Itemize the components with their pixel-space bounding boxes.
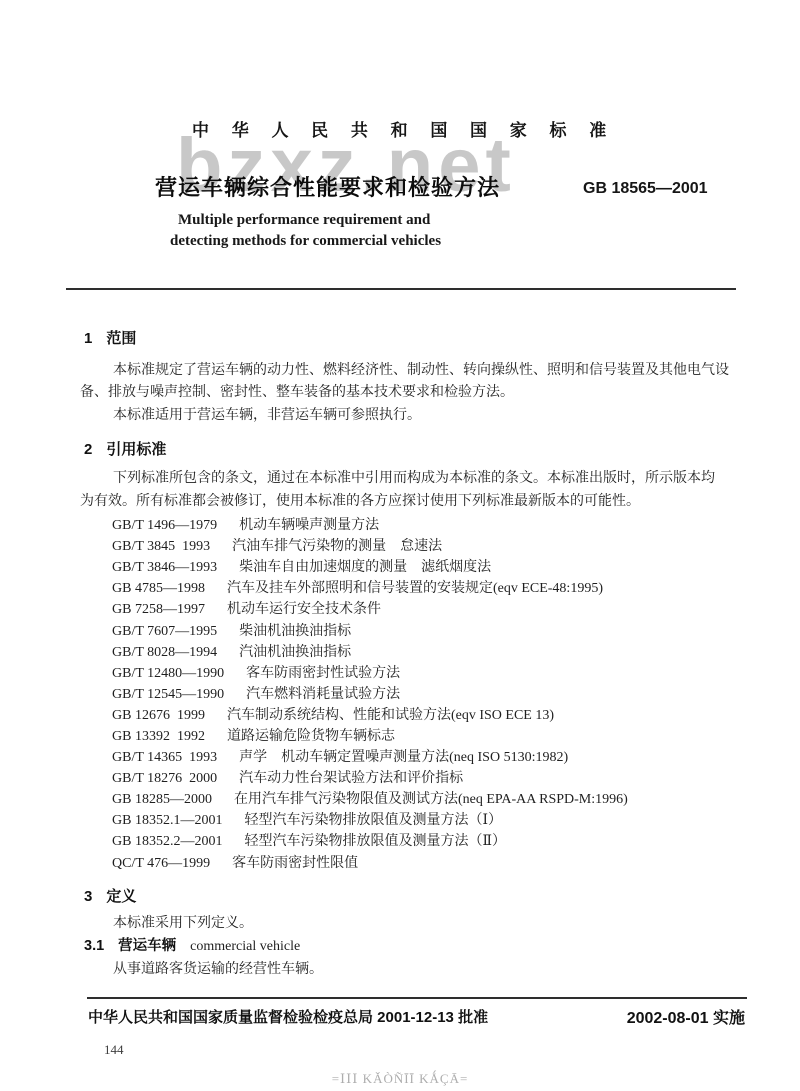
scope-paragraph-line: 本标准规定了营运车辆的动力性、燃料经济性、制动性、转向操纵性、照明和信号装置及其…: [80, 360, 770, 382]
reference-code: GB/T 7607—1995: [112, 624, 217, 639]
section-heading-references: 2引用标准: [84, 441, 770, 459]
reference-code: GB/T 12480—1990: [112, 666, 224, 681]
footer-approval-text: 中华人民共和国国家质量监督检验检疫总局 2001-12-13 批准: [88, 1006, 488, 1027]
reference-item: GB/T 1496—1979机动车辆噪声测量方法: [112, 515, 770, 536]
reference-code: GB/T 12545—1990: [112, 687, 224, 702]
reference-code: GB/T 3845 1993: [112, 539, 210, 554]
country-standard-header: 中 华 人 民 共 和 国 国 家 标 准: [192, 116, 615, 141]
reference-item: GB/T 7607—1995柴油机油换油指标: [112, 621, 770, 642]
references-intro-line: 下列标准所包含的条文，通过在本标准中引用而构成为本标准的条文。本标准出版时，所示…: [80, 468, 770, 490]
footer-watermark: =ⅠⅠⅠ KǍÒÑĪĪ KǺÇĀ=: [0, 1071, 800, 1087]
reference-title: 汽车动力性台架试验方法和评价指标: [239, 771, 463, 786]
reference-title: 汽车制动系统结构、性能和试验方法(eqv ISO ECE 13): [227, 708, 554, 723]
reference-title: 柴油机油换油指标: [239, 624, 351, 639]
reference-item: GB/T 3846—1993柴油车自由加速烟度的测量 滤纸烟度法: [112, 557, 770, 578]
reference-title: 轻型汽车污染物排放限值及测量方法（Ⅱ）: [244, 834, 506, 849]
section-heading-definitions: 3定义: [84, 888, 770, 906]
reference-code: GB/T 1496—1979: [112, 518, 217, 533]
reference-title: 汽车燃料消耗量试验方法: [246, 687, 400, 702]
reference-title: 汽油车排气污染物的测量 怠速法: [232, 539, 442, 554]
definition-term-cn: 营运车辆: [118, 938, 176, 954]
reference-item: GB 13392 1992道路运输危险货物车辆标志: [112, 726, 770, 747]
reference-code: GB/T 3846—1993: [112, 560, 217, 575]
reference-code: GB/T 8028—1994: [112, 645, 217, 660]
reference-item: GB/T 18276 2000汽车动力性台架试验方法和评价指标: [112, 768, 770, 789]
reference-item: GB 18352.1—2001轻型汽车污染物排放限值及测量方法（Ⅰ）: [112, 810, 770, 831]
definitions-intro: 本标准采用下列定义。: [80, 912, 770, 935]
reference-item: GB 18285—2000在用汽车排气污染物限值及测试方法(neq EPA-AA…: [112, 789, 770, 810]
section-number: 1: [84, 330, 92, 347]
reference-code: GB 18352.1—2001: [112, 813, 222, 828]
reference-title: 在用汽车排气污染物限值及测试方法(neq EPA-AA RSPD-M:1996): [234, 792, 628, 807]
reference-code: GB 13392 1992: [112, 729, 205, 744]
reference-code: GB/T 14365 1993: [112, 750, 217, 765]
definition-term-row: 3.1营运车辆commercial vehicle: [84, 935, 770, 958]
reference-item: GB 4785—1998汽车及挂车外部照明和信号装置的安装规定(eqv ECE-…: [112, 578, 770, 599]
standard-code: GB 18565—2001: [583, 180, 708, 198]
reference-item: GB 18352.2—2001轻型汽车污染物排放限值及测量方法（Ⅱ）: [112, 831, 770, 852]
reference-item: GB 12676 1999汽车制动系统结构、性能和试验方法(eqv ISO EC…: [112, 705, 770, 726]
section-number: 2: [84, 441, 92, 458]
reference-code: GB 12676 1999: [112, 708, 205, 723]
section-title: 引用标准: [106, 441, 166, 458]
reference-code: GB/T 18276 2000: [112, 771, 217, 786]
section-number: 3: [84, 888, 92, 905]
reference-item: GB/T 8028—1994汽油机油换油指标: [112, 642, 770, 663]
reference-code: QC/T 476—1999: [112, 856, 210, 871]
footer-implementation-date: 2002-08-01 实施: [627, 1005, 745, 1028]
section-title: 定义: [106, 888, 136, 905]
reference-title: 机动车运行安全技术条件: [227, 602, 381, 617]
reference-title: 机动车辆噪声测量方法: [239, 518, 379, 533]
document-title-cn: 营运车辆综合性能要求和检验方法: [155, 171, 500, 202]
reference-title: 道路运输危险货物车辆标志: [227, 729, 395, 744]
reference-title: 声学 机动车辆定置噪声测量方法(neq ISO 5130:1982): [239, 750, 568, 765]
reference-title: 客车防雨密封性限值: [232, 856, 358, 871]
section-title: 范围: [106, 330, 136, 347]
definition-term-en: commercial vehicle: [190, 939, 300, 954]
document-body: 1范围 本标准规定了营运车辆的动力性、燃料经济性、制动性、转向操纵性、照明和信号…: [80, 330, 770, 981]
reference-code: GB 18352.2—2001: [112, 834, 222, 849]
reference-code: GB 4785—1998: [112, 581, 205, 596]
reference-title: 客车防雨密封性试验方法: [246, 666, 400, 681]
reference-item: GB/T 12545—1990汽车燃料消耗量试验方法: [112, 684, 770, 705]
page-number: 144: [104, 1042, 124, 1058]
scope-paragraph-line: 备、排放与噪声控制、密封性、整车装备的基本技术要求和检验方法。: [80, 382, 770, 404]
document-page: bzxz.net 中 华 人 民 共 和 国 国 家 标 准 营运车辆综合性能要…: [0, 0, 800, 1091]
reference-title: 轻型汽车污染物排放限值及测量方法（Ⅰ）: [244, 813, 502, 828]
reference-item: GB/T 3845 1993汽油车排气污染物的测量 怠速法: [112, 536, 770, 557]
definition-number: 3.1: [84, 938, 104, 954]
reference-item: GB/T 12480—1990客车防雨密封性试验方法: [112, 663, 770, 684]
reference-item: QC/T 476—1999客车防雨密封性限值: [112, 853, 770, 874]
reference-item: GB 7258—1997机动车运行安全技术条件: [112, 599, 770, 620]
document-title-en-line2: detecting methods for commercial vehicle…: [170, 233, 441, 250]
reference-title: 汽车及挂车外部照明和信号装置的安装规定(eqv ECE-48:1995): [227, 581, 603, 596]
document-title-en-line1: Multiple performance requirement and: [178, 212, 430, 229]
reference-title: 柴油车自由加速烟度的测量 滤纸烟度法: [239, 560, 491, 575]
masthead-divider-rule: [66, 288, 736, 290]
reference-code: GB 7258—1997: [112, 602, 205, 617]
scope-paragraph-line: 本标准适用于营运车辆，非营运车辆可参照执行。: [80, 405, 770, 427]
reference-standards-list: GB/T 1496—1979机动车辆噪声测量方法 GB/T 3845 1993汽…: [80, 515, 770, 874]
footer-divider-rule: [87, 997, 747, 999]
reference-item: GB/T 14365 1993声学 机动车辆定置噪声测量方法(neq ISO 5…: [112, 747, 770, 768]
reference-code: GB 18285—2000: [112, 792, 212, 807]
reference-title: 汽油机油换油指标: [239, 645, 351, 660]
definition-body: 从事道路客货运输的经营性车辆。: [80, 958, 770, 981]
references-intro-line: 为有效。所有标准都会被修订，使用本标准的各方应探讨使用下列标准最新版本的可能性。: [80, 491, 770, 513]
section-heading-scope: 1范围: [84, 330, 770, 348]
